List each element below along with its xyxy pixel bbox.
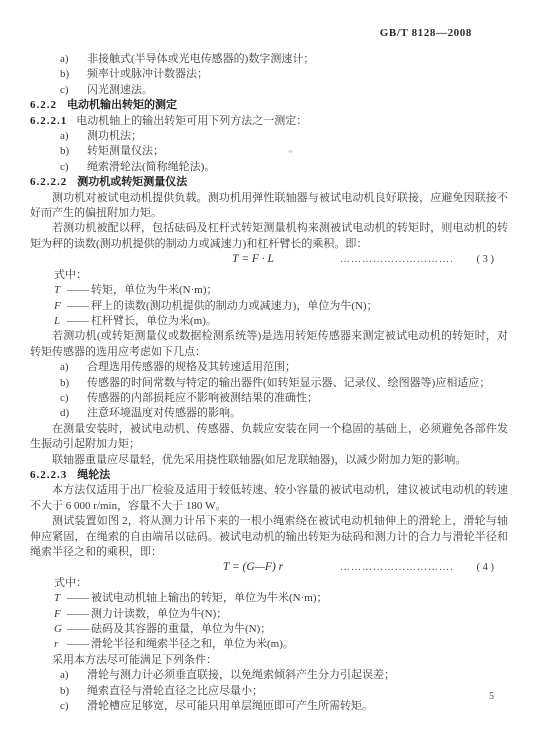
list-item-text: 非接触式(半导体或光电传感器的)数字测速计； (87, 52, 508, 67)
paragraph: 测试装置如图 2，将从测力计吊下来的一根小绳索绕在被试电动机轴伸上的滑轮上，滑轮… (30, 514, 508, 560)
clause-text: 电动机轴上的输出转矩可用下列方法之一测定： (76, 114, 307, 129)
list-item-text: 传感器的内部损耗应不影响被测结果的准确性； (87, 391, 508, 406)
list-item: b)频率计或脉冲计数器法； (30, 67, 508, 82)
equation-number: ( 3 ) (452, 252, 494, 267)
list-item-text: 合理选用传感器的规格及其转速适用范围； (87, 360, 508, 375)
heading-title: 测功机或转矩测量仪法 (77, 175, 187, 190)
equation-number: ( 4 ) (452, 560, 494, 575)
list-item-text: 绳索滑轮法(简称绳轮法)。 (87, 160, 508, 175)
list-item-text: 频率计或脉冲计数器法； (87, 67, 508, 82)
formula-dot-leader: ……………………………… (340, 252, 452, 267)
page-number: 5 (489, 691, 494, 702)
definition-text: 秤上的读数(测功机提供的制动力或减速力)，单位为牛(N)； (91, 299, 508, 314)
heading-title: 电动机输出转矩的测定 (67, 98, 177, 113)
section-heading: 6.2.2.2测功机或转矩测量仪法 (30, 175, 508, 190)
heading-number: 6.2.2.2 (30, 175, 67, 190)
list-item-label: c) (60, 83, 87, 98)
section-heading: 6.2.2电动机输出转矩的测定 (30, 98, 508, 113)
definition-symbol: G (54, 622, 67, 637)
definition-symbol: r (54, 637, 67, 652)
list-item: b)绳索直径与滑轮直径之比应尽量小； (30, 684, 508, 699)
list-item-label: a) (60, 668, 87, 683)
formula-expression: T = (G—F) r (190, 560, 316, 575)
section-heading: 6.2.2.3绳轮法 (30, 468, 508, 483)
list-item-text: 绳索直径与滑轮直径之比应尽量小； (87, 684, 508, 699)
heading-number: 6.2.2.3 (30, 468, 67, 483)
where-label: 式中： (54, 268, 508, 283)
paragraph: 在测量安装时，被试电动机、传感器、负载应安装在同一个稳固的基础上，必须避免各部件… (30, 422, 508, 453)
definition-symbol: T (54, 591, 67, 606)
definition-text: 转矩，单位为牛米(N·m)； (91, 283, 508, 298)
list-item-text: 滑轮与测力计必须垂直联接，以免绳索倾斜产生分力引起误差； (87, 668, 508, 683)
symbol-definition: r——滑轮半径和绳索半径之和，单位为米(m)。 (54, 637, 508, 652)
definition-dash: —— (67, 622, 89, 637)
symbol-definition: G——砝码及其容器的重量，单位为牛(N)； (54, 622, 508, 637)
formula-line: T = F · L………………………………( 3 ) (30, 252, 508, 267)
document-page: GB/T 8128—2008 a)非接触式(半导体或光电传感器的)数字测速计；b… (0, 0, 536, 738)
paragraph: 本方法仅适用于出厂检验及适用于较低转速、较小容量的被试电动机，建议被试电动机的转… (30, 483, 508, 514)
header-doc-code: GB/T 8128—2008 (380, 27, 472, 39)
list-item-label: d) (60, 406, 87, 421)
definition-dash: —— (67, 299, 89, 314)
symbol-definition: L——杠杆臂长，单位为米(m)。 (54, 314, 508, 329)
definition-dash: —— (67, 637, 89, 652)
list-item-label: a) (60, 129, 87, 144)
symbol-definition: F——秤上的读数(测功机提供的制动力或减速力)，单位为牛(N)； (54, 299, 508, 314)
list-item: c)闪光测速法。 (30, 83, 508, 98)
list-item: c)绳索滑轮法(简称绳轮法)。 (30, 160, 508, 175)
list-item-label: b) (60, 684, 87, 699)
list-item-label: c) (60, 699, 87, 714)
definition-symbol: T (54, 283, 67, 298)
heading-title: 绳轮法 (77, 468, 110, 483)
symbol-definition: T——转矩，单位为牛米(N·m)； (54, 283, 508, 298)
list-item-text: 测功机法； (87, 129, 508, 144)
definition-text: 测力计读数，单位为牛(N)； (91, 607, 508, 622)
list-item-text: 注意环境温度对传感器的影响。 (87, 406, 508, 421)
list-item: a)合理选用传感器的规格及其转速适用范围； (30, 360, 508, 375)
list-item-label: c) (60, 391, 87, 406)
definition-dash: —— (67, 607, 89, 622)
list-item: c)滑轮槽应足够宽，尽可能只用单层绳匝即可产生所需转矩。 (30, 699, 508, 714)
definition-symbol: F (54, 607, 67, 622)
list-item: a)非接触式(半导体或光电传感器的)数字测速计； (30, 52, 508, 67)
where-label: 式中： (54, 576, 508, 591)
list-item: a)滑轮与测力计必须垂直联接，以免绳索倾斜产生分力引起误差； (30, 668, 508, 683)
symbol-definition: F——测力计读数，单位为牛(N)； (54, 607, 508, 622)
paragraph: 若测功机被配以秤，包括砝码及杠杆式转矩测量机构来测被试电动机的转矩时，则电动机的… (30, 221, 508, 252)
list-item-text: 滑轮槽应足够宽，尽可能只用单层绳匝即可产生所需转矩。 (87, 699, 508, 714)
formula-expression: T = F · L (190, 252, 316, 267)
list-item-label: b) (60, 67, 87, 82)
definition-dash: —— (67, 283, 89, 298)
definition-text: 砝码及其容器的重量，单位为牛(N)； (91, 622, 508, 637)
definition-dash: —— (67, 591, 89, 606)
clause-number: 6.2.2.1 (30, 114, 67, 129)
list-item-text: 闪光测速法。 (87, 83, 508, 98)
list-item-label: b) (60, 144, 87, 159)
heading-number: 6.2.2 (30, 98, 57, 113)
paragraph: 测功机对被试电动机提供负载。测功机用弹性联轴器与被试电动机良好联接，应避免因联接… (30, 191, 508, 222)
list-item-text: 传感器的时间常数与特定的输出器件(如转矩显示器、记录仪、绘图器等)应相适应； (87, 376, 508, 391)
definition-dash: —— (67, 314, 89, 329)
list-item-label: b) (60, 376, 87, 391)
definition-text: 杠杆臂长，单位为米(m)。 (91, 314, 508, 329)
scan-artifact (288, 150, 293, 153)
definition-text: 滑轮半径和绳索半径之和，单位为米(m)。 (91, 637, 508, 652)
list-item-text: 转矩测量仪法； (87, 144, 508, 159)
paragraph: 联轴器重量应尽量轻，优先采用挠性联轴器(如尼龙联轴器)，以减少附加力矩的影响。 (30, 453, 508, 468)
definition-text: 被试电动机轴上输出的转矩，单位为牛米(N·m)； (91, 591, 508, 606)
list-item: b)转矩测量仪法； (30, 144, 508, 159)
paragraph: 采用本方法尽可能满足下列条件： (30, 653, 508, 668)
list-item-label: a) (60, 360, 87, 375)
paragraph: 若测功机(或转矩测量仪或数据检测系统等)是选用转矩传感器来测定被试电动机的转矩时… (30, 329, 508, 360)
document-body: a)非接触式(半导体或光电传感器的)数字测速计；b)频率计或脉冲计数器法；c)闪… (30, 52, 508, 714)
formula-dot-leader: ……………………………… (340, 560, 452, 575)
list-item: a)测功机法； (30, 129, 508, 144)
definition-symbol: L (54, 314, 67, 329)
list-item-label: a) (60, 52, 87, 67)
list-item-label: c) (60, 160, 87, 175)
symbol-definition: T——被试电动机轴上输出的转矩，单位为牛米(N·m)； (54, 591, 508, 606)
definition-symbol: F (54, 299, 67, 314)
clause-line: 6.2.2.1电动机轴上的输出转矩可用下列方法之一测定： (30, 114, 508, 129)
list-item: c)传感器的内部损耗应不影响被测结果的准确性； (30, 391, 508, 406)
list-item: d)注意环境温度对传感器的影响。 (30, 406, 508, 421)
list-item: b)传感器的时间常数与特定的输出器件(如转矩显示器、记录仪、绘图器等)应相适应； (30, 376, 508, 391)
formula-line: T = (G—F) r………………………………( 4 ) (30, 560, 508, 575)
